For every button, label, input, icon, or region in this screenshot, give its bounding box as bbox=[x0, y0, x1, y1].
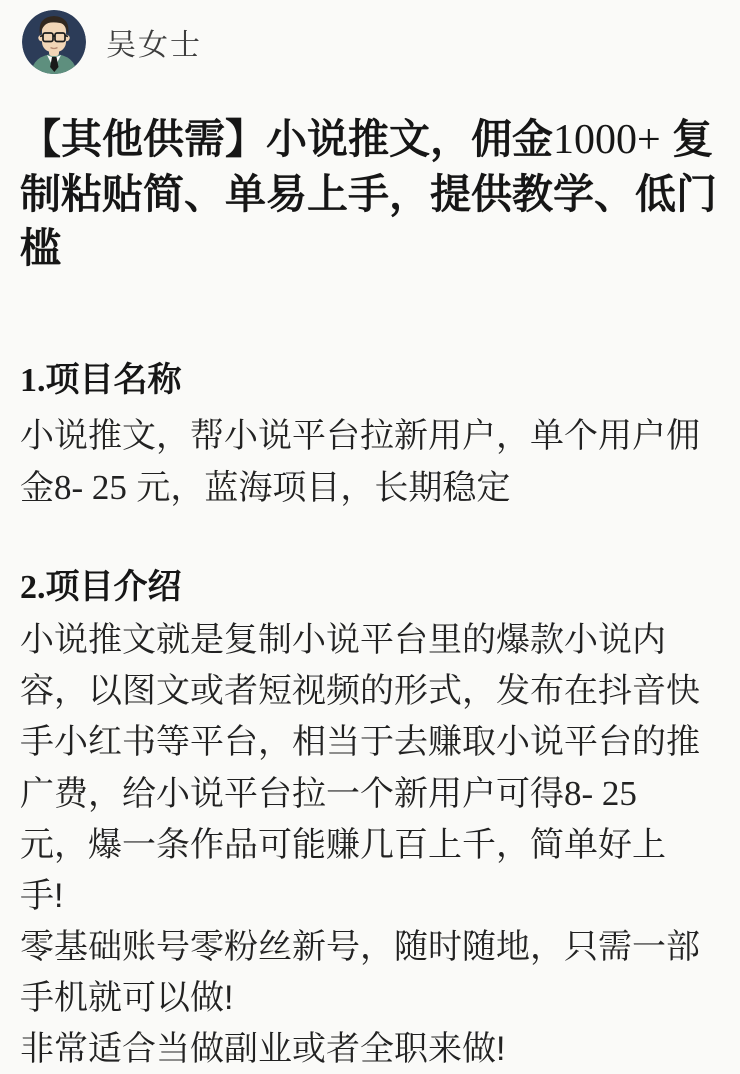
body-line: 金8- 25 元，蓝海项目，长期稳定 bbox=[20, 462, 720, 514]
body-line: 非常适合当做副业或者全职来做! bbox=[20, 1024, 720, 1074]
body-line: 容，以图文或者短视频的形式，发布在抖音快 bbox=[20, 666, 720, 717]
post-header: 吴女士 bbox=[20, 0, 720, 74]
body-line: 手! bbox=[20, 871, 720, 922]
body-line: 手小红书等平台，相当于去赚取小说平台的推 bbox=[20, 717, 720, 768]
body-line: 广费，给小说平台拉一个新用户可得8- 25 bbox=[20, 768, 720, 820]
title-text-segment: 【其他供需】小说推文，佣金 bbox=[20, 116, 553, 162]
post-title: 【其他供需】小说推文，佣金1000+ 复 制粘贴简、单易上手，提供教学、低门 槛 bbox=[20, 112, 720, 275]
body-line: 小说推文，帮小说平台拉新用户，单个用户佣 bbox=[20, 410, 720, 462]
body-line: 小说推文就是复制小说平台里的爆款小说内 bbox=[20, 615, 720, 666]
post-title-line: 槛 bbox=[20, 221, 720, 275]
title-text-segment: 复 bbox=[661, 116, 713, 162]
post-title-line: 【其他供需】小说推文，佣金1000+ 复 bbox=[20, 112, 720, 167]
post-page: 吴女士 【其他供需】小说推文，佣金1000+ 复 制粘贴简、单易上手，提供教学、… bbox=[0, 0, 740, 1074]
body-line: 元，爆一条作品可能赚几百上千，简单好上 bbox=[20, 820, 720, 871]
user-avatar[interactable] bbox=[22, 10, 86, 74]
commission-range-number: 8- 25 bbox=[564, 774, 637, 813]
section-project-name: 1.项目名称 小说推文，帮小说平台拉新用户，单个用户佣 金8- 25 元，蓝海项… bbox=[20, 357, 720, 514]
section-2-body: 小说推文就是复制小说平台里的爆款小说内 容，以图文或者短视频的形式，发布在抖音快… bbox=[20, 615, 720, 1074]
title-commission-number: 1000+ bbox=[553, 117, 661, 163]
avatar-person-icon bbox=[22, 10, 86, 74]
section-project-intro: 2.项目介绍 小说推文就是复制小说平台里的爆款小说内 容，以图文或者短视频的形式… bbox=[20, 564, 720, 1074]
post-title-line: 制粘贴简、单易上手，提供教学、低门 bbox=[20, 167, 720, 221]
body-line: 零基础账号零粉丝新号，随时随地，只需一部 bbox=[20, 922, 720, 973]
section-2-number: 2. bbox=[20, 569, 46, 606]
section-2-heading: 2.项目介绍 bbox=[20, 564, 720, 611]
section-2-heading-text: 项目介绍 bbox=[46, 568, 182, 606]
body-line: 手机就可以做! bbox=[20, 973, 720, 1024]
body-text-segment: 广费，给小说平台拉一个新用户可得 bbox=[20, 775, 564, 813]
commission-range-number: 8- 25 bbox=[54, 468, 127, 507]
section-1-number: 1. bbox=[20, 362, 46, 399]
section-1-body: 小说推文，帮小说平台拉新用户，单个用户佣 金8- 25 元，蓝海项目，长期稳定 bbox=[20, 410, 720, 514]
body-text-segment: 金 bbox=[20, 469, 54, 507]
section-1-heading: 1.项目名称 bbox=[20, 357, 720, 404]
section-1-heading-text: 项目名称 bbox=[46, 361, 182, 399]
username[interactable]: 吴女士 bbox=[106, 20, 202, 64]
body-text-segment: 元，蓝海项目，长期稳定 bbox=[127, 469, 510, 507]
